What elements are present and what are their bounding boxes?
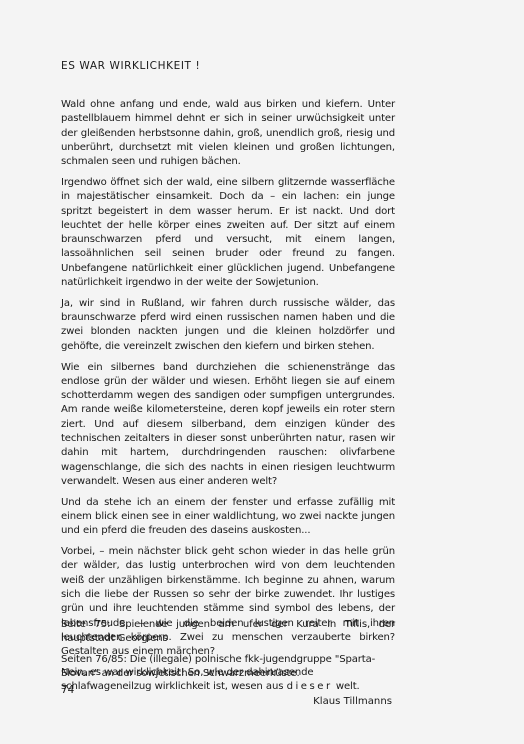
paragraph: Irgendwo öffnet sich der wald, eine silb… [61,176,395,290]
article-title: ES WAR WIRKLICHKEIT ! [61,60,200,72]
page-number: 74 [61,684,74,696]
author-signature: Klaus Tillmanns [61,695,395,709]
caption: Seiten 76/85: Die (illegale) polnische f… [61,653,395,682]
paragraph: Ja, wir sind in Rußland, wir fahren durc… [61,297,395,354]
paragraph: Wie ein silbernes band durchziehen die s… [61,361,395,490]
caption: Seite 75: Spielende jungen am ufer der K… [61,618,395,647]
paragraph: Und da stehe ich an einem der fenster un… [61,496,395,539]
paragraph: Wald ohne anfang und ende, wald aus birk… [61,98,395,169]
photo-captions: Seite 75: Spielende jungen am ufer der K… [61,618,395,687]
